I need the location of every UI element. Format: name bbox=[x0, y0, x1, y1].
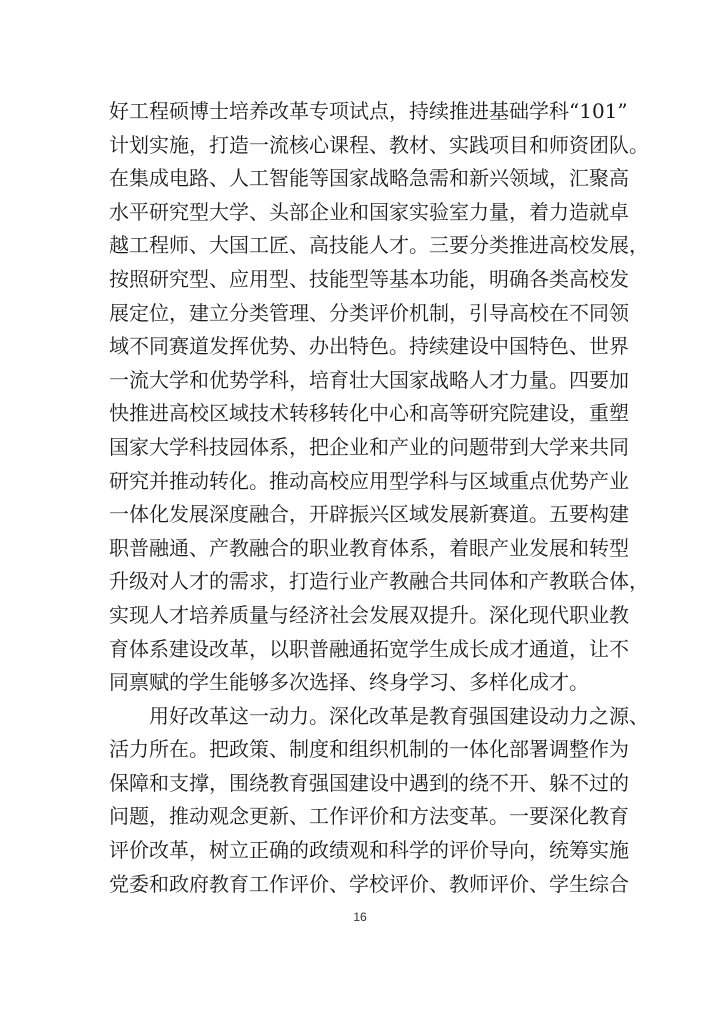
text-line: 域不同赛道发挥优势、办出特色。持续建设中国特色、世界 bbox=[109, 330, 611, 364]
text-line: 水平研究型大学、头部企业和国家实验室力量，着力造就卓 bbox=[109, 196, 611, 230]
text-line: 实现人才培养质量与经济社会发展双提升。深化现代职业教 bbox=[109, 599, 611, 633]
text-line: 在集成电路、人工智能等国家战略急需和新兴领域，汇聚高 bbox=[109, 162, 611, 196]
text-line: 职普融通、产教融合的职业教育体系，着眼产业发展和转型 bbox=[109, 532, 611, 566]
text-line: 计划实施，打造一流核心课程、教材、实践项目和师资团队。 bbox=[109, 129, 611, 163]
text-line: 党委和政府教育工作评价、学校评价、教师评价、学生综合 bbox=[109, 868, 611, 902]
paragraph-first-line: 用好改革这一动力。深化改革是教育强国建设动力之源、 bbox=[109, 700, 611, 734]
text-line: 展定位，建立分类管理、分类评价机制，引导高校在不同领 bbox=[109, 297, 611, 331]
document-page: 好工程硕博士培养改革专项试点，持续推进基础学科“101” 计划实施，打造一流核心… bbox=[0, 0, 720, 1018]
text-line: 国家大学科技园体系，把企业和产业的问题带到大学来共同 bbox=[109, 431, 611, 465]
body-text: 好工程硕博士培养改革专项试点，持续推进基础学科“101” 计划实施，打造一流核心… bbox=[109, 95, 611, 901]
text-line: 同禀赋的学生能够多次选择、终身学习、多样化成才。 bbox=[109, 666, 611, 700]
page-number: 16 bbox=[0, 910, 720, 924]
text-line: 好工程硕博士培养改革专项试点，持续推进基础学科“101” bbox=[109, 95, 611, 129]
text-line: 保障和支撑，围绕教育强国建设中遇到的绕不开、躲不过的 bbox=[109, 767, 611, 801]
text-line: 快推进高校区域技术转移转化中心和高等研究院建设，重塑 bbox=[109, 397, 611, 431]
text-line: 一体化发展深度融合，开辟振兴区域发展新赛道。五要构建 bbox=[109, 498, 611, 532]
text-line: 评价改革，树立正确的政绩观和科学的评价导向，统筹实施 bbox=[109, 834, 611, 868]
text-line: 升级对人才的需求，打造行业产教融合共同体和产教联合体， bbox=[109, 565, 611, 599]
text-line: 活力所在。把政策、制度和组织机制的一体化部署调整作为 bbox=[109, 733, 611, 767]
text-line: 按照研究型、应用型、技能型等基本功能，明确各类高校发 bbox=[109, 263, 611, 297]
text-line: 越工程师、大国工匠、高技能人才。三要分类推进高校发展， bbox=[109, 229, 611, 263]
text-line: 一流大学和优势学科，培育壮大国家战略人才力量。四要加 bbox=[109, 364, 611, 398]
text-line: 问题，推动观念更新、工作评价和方法变革。一要深化教育 bbox=[109, 800, 611, 834]
text-line: 育体系建设改革，以职普融通拓宽学生成长成才通道，让不 bbox=[109, 633, 611, 667]
text-line: 研究并推动转化。推动高校应用型学科与区域重点优势产业 bbox=[109, 465, 611, 499]
